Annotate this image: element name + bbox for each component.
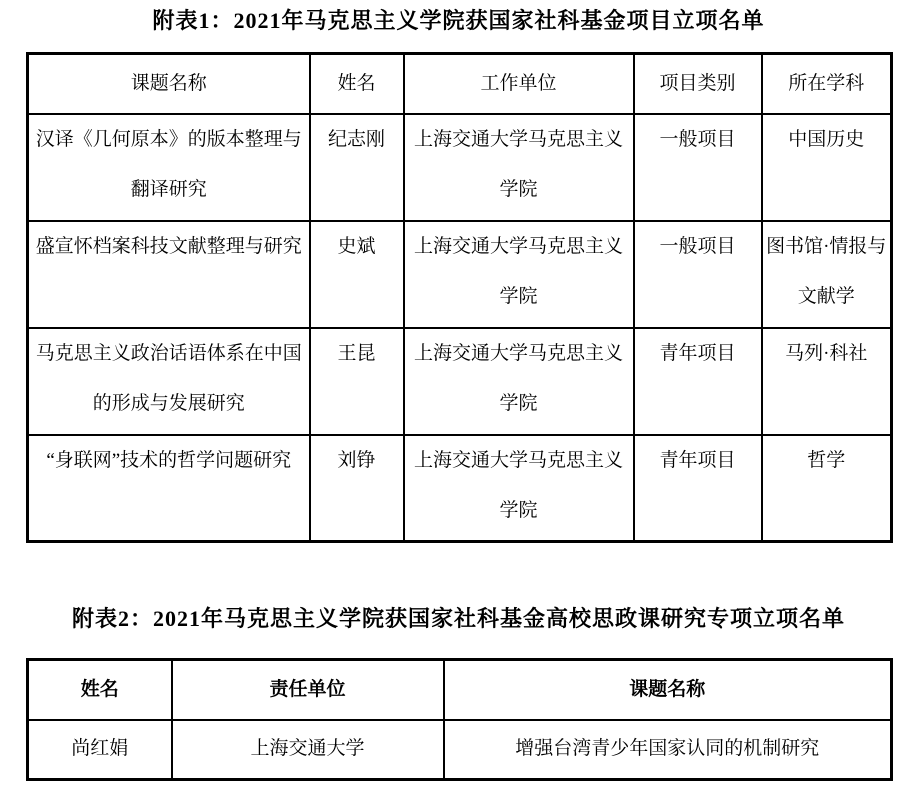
table2-header-name: 姓名 — [28, 660, 172, 720]
cell-topic: 汉译《几何原本》的版本整理与 翻译研究 — [28, 114, 310, 221]
cell-unit: 上海交通大学 — [172, 720, 444, 780]
table-row: 盛宣怀档案科技文献整理与研究 史斌 上海交通大学马克思主义 学院 一般项目 图书… — [28, 221, 892, 328]
cell-topic: 盛宣怀档案科技文献整理与研究 — [28, 221, 310, 328]
table-row: “身联网”技术的哲学问题研究 刘铮 上海交通大学马克思主义 学院 青年项目 哲学 — [28, 435, 892, 542]
cell-affiliation: 上海交通大学马克思主义 学院 — [404, 435, 634, 542]
cell-name: 纪志刚 — [310, 114, 404, 221]
table-row: 马克思主义政治话语体系在中国 的形成与发展研究 王昆 上海交通大学马克思主义 学… — [28, 328, 892, 435]
table1-header-discipline: 所在学科 — [762, 54, 892, 114]
cell-affiliation: 上海交通大学马克思主义 学院 — [404, 114, 634, 221]
table-row: 汉译《几何原本》的版本整理与 翻译研究 纪志刚 上海交通大学马克思主义 学院 一… — [28, 114, 892, 221]
cell-discipline: 哲学 — [762, 435, 892, 542]
table1-header-name: 姓名 — [310, 54, 404, 114]
cell-topic: “身联网”技术的哲学问题研究 — [28, 435, 310, 542]
cell-discipline: 中国历史 — [762, 114, 892, 221]
table2-header-row: 姓名 责任单位 课题名称 — [28, 660, 892, 720]
cell-category: 一般项目 — [634, 114, 762, 221]
cell-affiliation: 上海交通大学马克思主义 学院 — [404, 221, 634, 328]
cell-name: 史斌 — [310, 221, 404, 328]
table2-header-unit: 责任单位 — [172, 660, 444, 720]
table2-title: 附表2：2021年马克思主义学院获国家社科基金高校思政课研究专项立项名单 — [0, 606, 917, 632]
table1-header-row: 课题名称 姓名 工作单位 项目类别 所在学科 — [28, 54, 892, 114]
table1-project-list: 课题名称 姓名 工作单位 项目类别 所在学科 汉译《几何原本》的版本整理与 翻译… — [26, 52, 893, 543]
table1-header-affiliation: 工作单位 — [404, 54, 634, 114]
cell-topic: 马克思主义政治话语体系在中国 的形成与发展研究 — [28, 328, 310, 435]
cell-name: 刘铮 — [310, 435, 404, 542]
cell-name: 王昆 — [310, 328, 404, 435]
table1-header-category: 项目类别 — [634, 54, 762, 114]
cell-category: 一般项目 — [634, 221, 762, 328]
cell-discipline: 图书馆·情报与 文献学 — [762, 221, 892, 328]
cell-discipline: 马列·科社 — [762, 328, 892, 435]
cell-category: 青年项目 — [634, 435, 762, 542]
cell-category: 青年项目 — [634, 328, 762, 435]
document-page: 附表1：2021年马克思主义学院获国家社科基金项目立项名单 课题名称 姓名 工作… — [0, 0, 917, 807]
table-row: 尚红娟 上海交通大学 增强台湾青少年国家认同的机制研究 — [28, 720, 892, 780]
table2-header-topic: 课题名称 — [444, 660, 892, 720]
table1-header-topic: 课题名称 — [28, 54, 310, 114]
cell-affiliation: 上海交通大学马克思主义 学院 — [404, 328, 634, 435]
table1-title: 附表1：2021年马克思主义学院获国家社科基金项目立项名单 — [0, 8, 917, 34]
cell-topic: 增强台湾青少年国家认同的机制研究 — [444, 720, 892, 780]
cell-name: 尚红娟 — [28, 720, 172, 780]
table2-special-project-list: 姓名 责任单位 课题名称 尚红娟 上海交通大学 增强台湾青少年国家认同的机制研究 — [26, 658, 893, 781]
